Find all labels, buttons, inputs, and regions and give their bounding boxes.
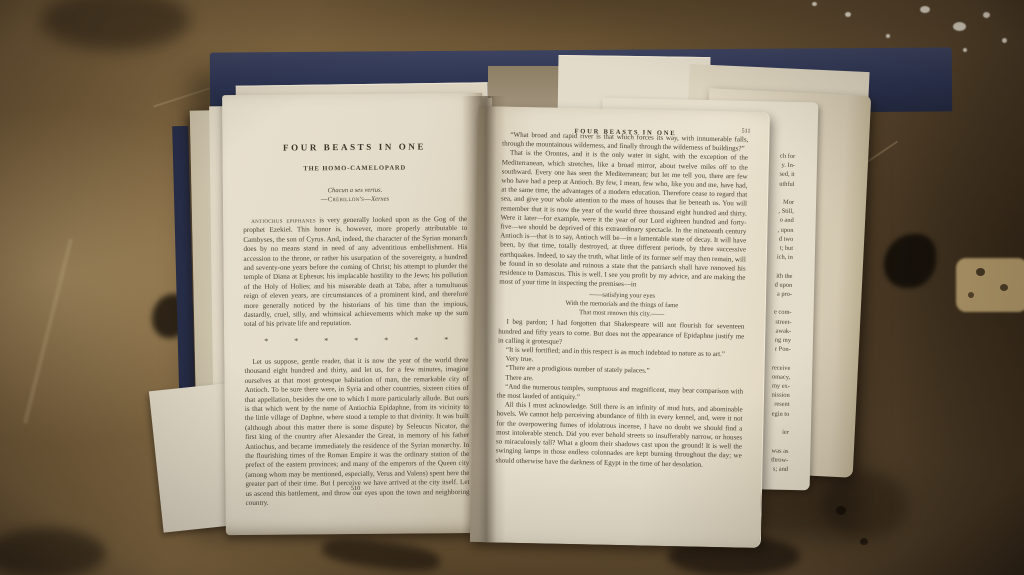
- tape-spot: [976, 268, 985, 276]
- paint-speck: [812, 2, 817, 6]
- tape-spot: [968, 292, 974, 298]
- paragraph-text: Antiochus Epiphanes is very generally lo…: [243, 215, 468, 330]
- wood-stain: [860, 538, 868, 545]
- paragraph-body: is very generally looked upon as the Gog…: [243, 215, 468, 328]
- left-page-content: FOUR BEASTS IN ONE THE HOMO-CAMELOPARD C…: [222, 93, 486, 535]
- paragraph-lead: Antiochus Epiphanes: [251, 216, 316, 225]
- paint-speck: [963, 48, 967, 52]
- story-subtitle: THE HOMO-CAMELOPARD: [243, 164, 467, 173]
- tape-spot: [1000, 284, 1008, 291]
- epigraph: Chacun a ses vertus. —Crébillon's—Xerxes: [243, 185, 467, 205]
- paint-speck: [983, 12, 990, 18]
- left-page[interactable]: FOUR BEASTS IN ONE THE HOMO-CAMELOPARD C…: [222, 93, 486, 535]
- paint-speck: [886, 34, 890, 38]
- paint-speck: [1002, 38, 1007, 43]
- wood-stain: [0, 528, 106, 575]
- paragraph-text: That is the Orontes, and it is the only …: [499, 149, 748, 292]
- right-page-content: FOUR BEASTS IN ONE 511 “What broad and r…: [470, 106, 769, 548]
- page-number-right: 511: [741, 128, 750, 135]
- tape-patch: [956, 258, 1024, 312]
- epigraph-attribution: —Crébillon's—: [321, 196, 371, 203]
- paint-speck: [920, 6, 930, 13]
- paragraph-text: All this I must acknowledge. Still there…: [495, 401, 742, 471]
- epigraph-source: Xerxes: [371, 196, 389, 203]
- right-page[interactable]: FOUR BEASTS IN ONE 511 “What broad and r…: [470, 106, 770, 548]
- verse-quote: ——satisfying your eyes With the memorial…: [499, 289, 746, 321]
- paint-speck: [845, 12, 851, 17]
- story-title: FOUR BEASTS IN ONE: [243, 141, 467, 153]
- asterisk-separator: * * * * * * *: [244, 335, 468, 346]
- paint-speck: [953, 22, 966, 31]
- photo-scene: ch for y. In- sed, it uthful Mor , Still…: [0, 0, 1024, 575]
- epigraph-attribution-line: —Crébillon's—Xerxes: [243, 194, 467, 205]
